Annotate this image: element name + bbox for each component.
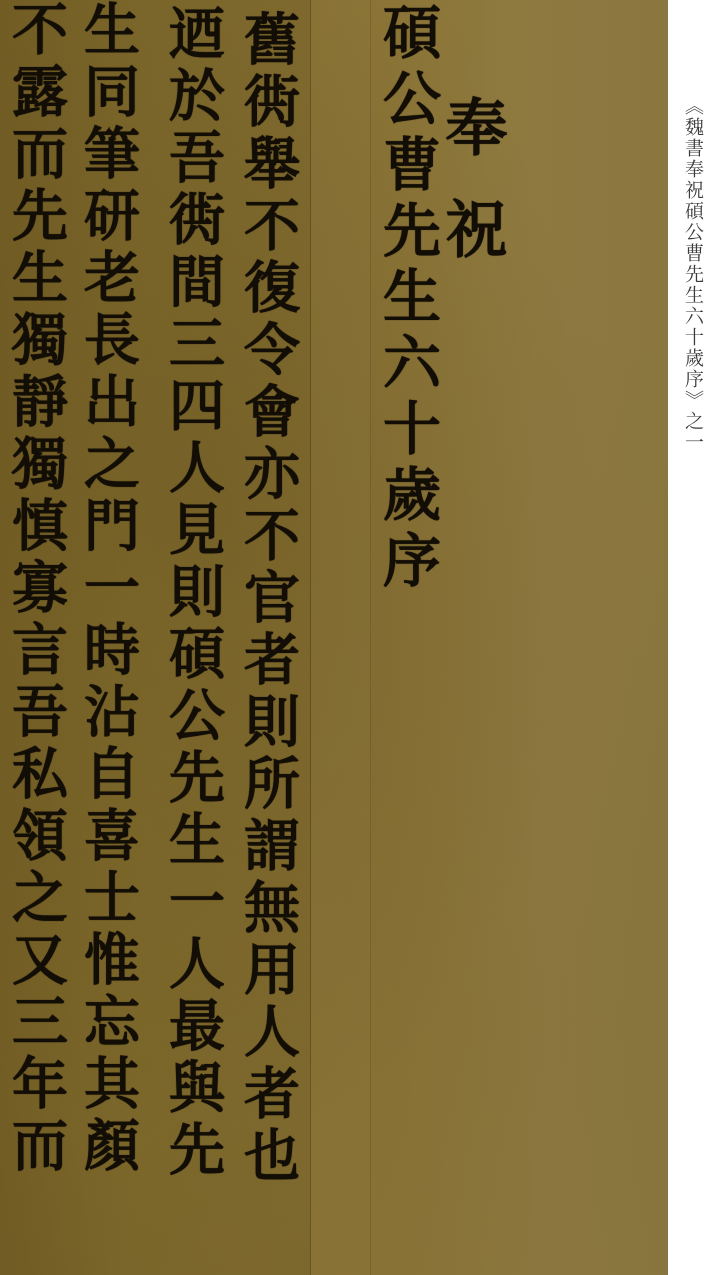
paper-mounting-strip	[310, 0, 371, 1275]
text-column-4: 不露而先生獨靜獨慎寡言吾私領之又三年而	[8, 0, 64, 1178]
text-column-1: 舊衖舉不復令會亦不官者則所謂無用人者也	[240, 10, 296, 1188]
calligraphy-scroll: 奉祝 碩公曹先生六十歲序 舊衖舉不復令會亦不官者則所謂無用人者也 迺於吾衖間三四…	[0, 0, 668, 1275]
paper-seam	[370, 0, 371, 1275]
text-column-2: 迺於吾衖間三四人見則碩公先生一人最與先	[165, 4, 221, 1182]
artwork-caption: 《魏書奉祝碩公曹先生六十歲序》之一	[680, 96, 707, 453]
text-column-3: 生同筆研老長出之門一時沾自喜士惟忘其顏	[80, 0, 136, 1178]
title-column-1: 奉祝	[440, 95, 502, 299]
title-column-2: 碩公曹先生六十歲序	[378, 2, 436, 596]
